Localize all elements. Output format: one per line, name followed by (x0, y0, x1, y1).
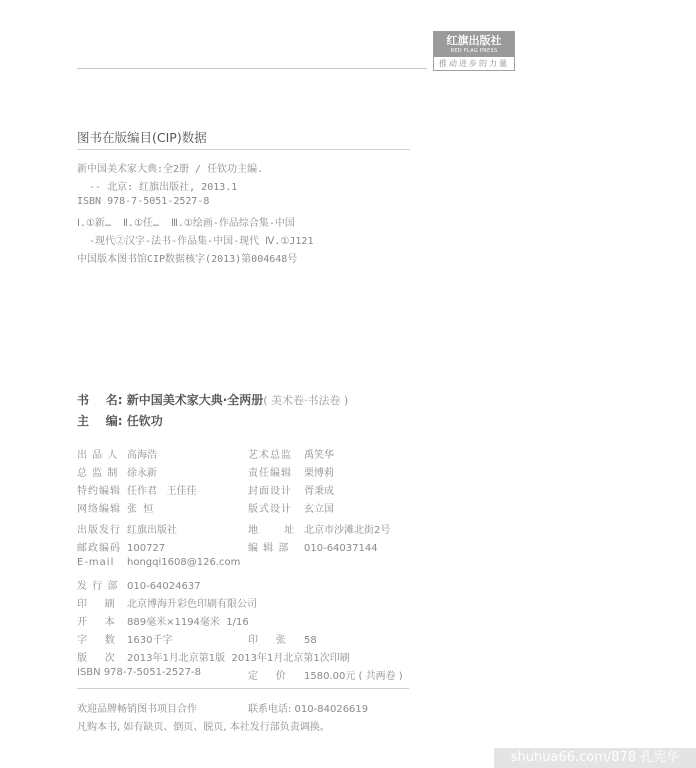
postcode-row: 邮政编码100727 (77, 539, 165, 554)
logo-slogan: 推动进步的力量 (433, 57, 515, 71)
distribution-row: 发 行 部010-64024637 (77, 577, 201, 592)
credit-row: 出 品 人高海浩 (77, 446, 157, 461)
footer-contact: 联系电话: 010-84026619 (248, 700, 368, 715)
footer-cooperation: 欢迎品牌畅销图书项目合作 (77, 700, 197, 715)
book-editor-value: 任钦功 (127, 414, 163, 428)
cip-rule (77, 149, 410, 150)
header-rule (77, 68, 427, 69)
cip-line: -- 北京: 红旗出版社, 2013.1 (77, 178, 237, 193)
cip-line: Ⅰ.①新… Ⅱ.①任… Ⅲ.①绘画-作品综合集-中国 (77, 214, 295, 229)
cip-line: 中国版本图书馆CIP数据核字(2013)第004648号 (77, 250, 297, 265)
logo-name-cn: 红旗出版社 (433, 31, 515, 48)
credit-row-right: 封面设计胥秉成 (248, 482, 334, 497)
cip-title: 图书在版编目(CIP)数据 (77, 128, 207, 146)
book-title-label: 书 名: (77, 393, 123, 407)
words-row: 字 数1630千字 (77, 631, 172, 646)
credit-row: 总 监 制徐永新 (77, 464, 157, 479)
book-title-value: 新中国美术家大典·全两册 (127, 393, 264, 407)
printer-row: 印 刷北京博海升彩色印刷有限公司 (77, 595, 257, 610)
logo-name-en: RED FLAG PRESS (433, 48, 515, 55)
credit-row-right: 版式设计玄立国 (248, 500, 334, 515)
format-row: 开 本889毫米×1194毫米 1/16 (77, 613, 249, 628)
credit-row-right: 责任编辑栗博莉 (248, 464, 334, 479)
credit-row: 特约编辑任作君 王佳佳 (77, 482, 197, 497)
book-title-line: 书 名: 新中国美术家大典·全两册( 美术卷·书法卷 ) (77, 391, 348, 408)
footer-rule (77, 688, 409, 689)
edition-row: 版 次2013年1月北京第1版 2013年1月北京第1次印刷 (77, 649, 350, 664)
book-editor-line: 主 编: 任钦功 (77, 412, 163, 429)
cip-line: -现代②汉字-法书-作品集-中国-现代 Ⅳ.①J121 (77, 232, 313, 247)
credit-row: 网络编辑张 恒 (77, 500, 153, 515)
watermark: shuhua66.com/878 孔宪华 (494, 748, 696, 768)
email-row: E-mailhongqi1608@126.com (77, 557, 240, 568)
footer-notice: 凡购本书, 如有缺页、倒页、脱页, 本社发行部负责调换。 (77, 718, 330, 733)
isbn-row: ISBN 978-7-5051-2527-8 (77, 667, 201, 678)
editorial-row: 编 辑 部010-64037144 (248, 539, 378, 554)
email-link[interactable]: hongqi1608@126.com (127, 557, 240, 568)
book-title-sub: ( 美术卷·书法卷 ) (263, 394, 348, 407)
publisher-row: 出版发行红旗出版社 (77, 521, 177, 536)
address-row: 地 址北京市沙滩北街2号 (248, 521, 390, 536)
publisher-logo: 红旗出版社 RED FLAG PRESS 推动进步的力量 (433, 31, 515, 71)
sheets-row: 印 张58 (248, 631, 317, 646)
credit-row-right: 艺术总监禹笑华 (248, 446, 334, 461)
cip-line: 新中国美术家大典:全2册 / 任钦功主编. (77, 160, 263, 175)
price-row: 定 价1580.00元 ( 共两卷 ) (248, 667, 403, 682)
cip-line: ISBN 978-7-5051-2527-8 (77, 196, 209, 207)
book-editor-label: 主 编: (77, 414, 123, 428)
